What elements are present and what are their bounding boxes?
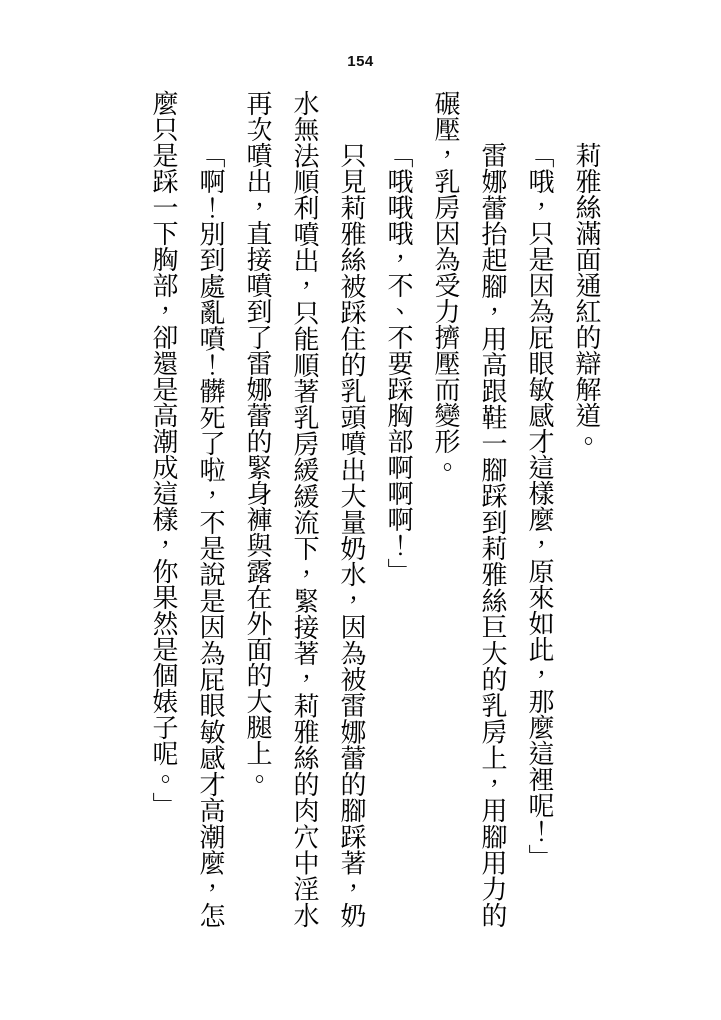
page-number: 154 [0, 53, 721, 70]
book-page: 154 莉雅絲滿面通紅的辯解道。 「哦，只是因為屁眼敏感才這樣麼，原來如此，那麼… [0, 0, 721, 1020]
vertical-text-block: 莉雅絲滿面通紅的辯解道。 「哦，只是因為屁眼敏感才這樣麼，原來如此，那麼這裡呢！… [140, 90, 610, 928]
paragraph-4: 「哦哦哦，不、不要踩胸部啊啊啊！」 [375, 90, 422, 928]
paragraph-1: 莉雅絲滿面通紅的辯解道。 [563, 90, 610, 928]
paragraph-6: 「啊！別到處亂噴！髒死了啦，不是說是因為屁眼敏感才高潮麼，怎麼只是踩一下胸部，卻… [140, 90, 234, 928]
paragraph-2: 「哦，只是因為屁眼敏感才這樣麼，原來如此，那麼這裡呢！」 [516, 90, 563, 928]
paragraph-5: 只見莉雅絲被踩住的乳頭噴出大量奶水，因為被雷娜蕾的腳踩著，奶水無法順利噴出，只能… [234, 90, 375, 928]
paragraph-3: 雷娜蕾抬起腳，用高跟鞋一腳踩到莉雅絲巨大的乳房上，用腳用力的碾壓，乳房因為受力擠… [422, 90, 516, 928]
